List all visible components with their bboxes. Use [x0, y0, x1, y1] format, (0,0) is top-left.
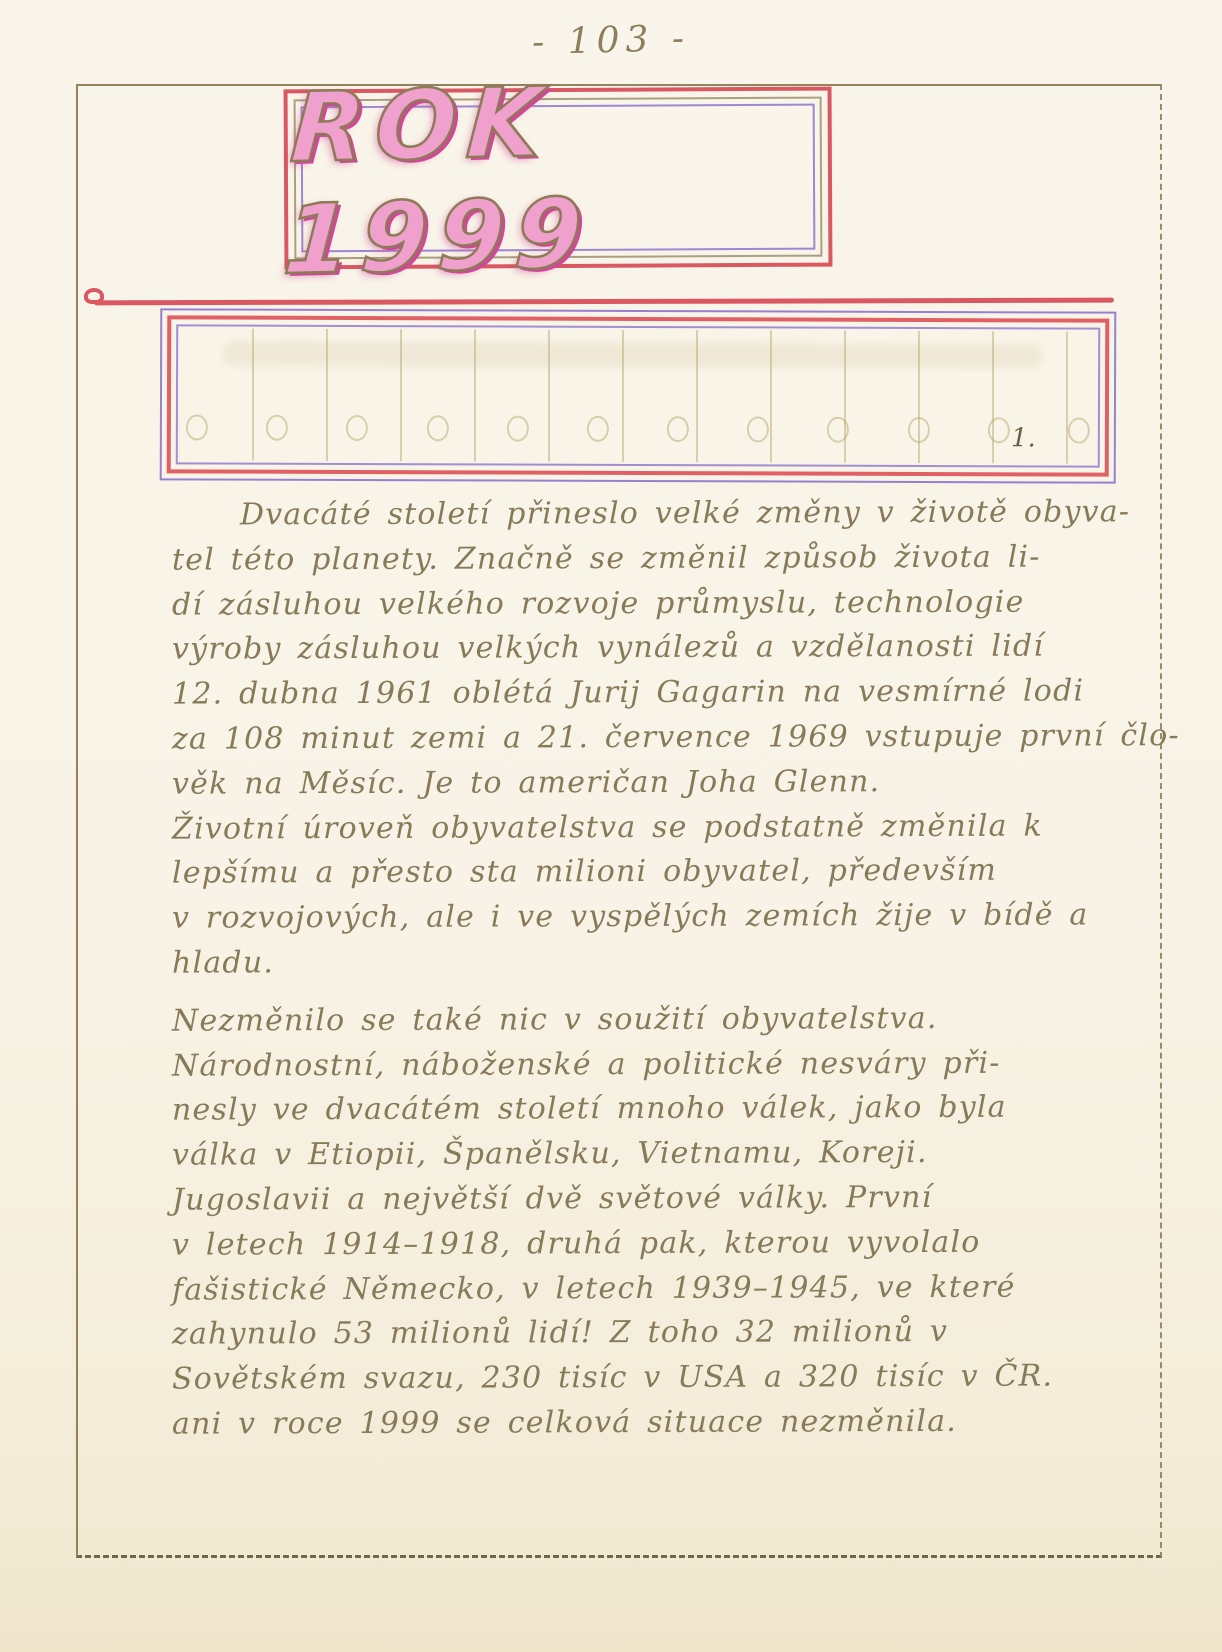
text-line: výroby zásluhou velkých vynálezů a vzděl…: [172, 625, 1107, 673]
text-line: hladu.: [172, 938, 1107, 986]
page-title: ROK 1999: [282, 86, 834, 270]
banner-erased-pencil-smudge: [222, 341, 1042, 370]
title-frame: ROK 1999: [284, 87, 833, 270]
text-line: dí zásluhou velkého rozvoje průmyslu, te…: [172, 580, 1107, 628]
text-line: Jugoslavii a největší dvě světové války.…: [172, 1175, 1107, 1223]
handwritten-text: Dvacáté století přineslo velké změny v ž…: [172, 492, 1107, 1446]
text-line: Sovětském svazu, 230 tisíc v USA a 320 t…: [172, 1355, 1107, 1403]
text-line: v rozvojových, ale i ve vyspělých zemích…: [172, 894, 1107, 942]
chronicle-page: - 103 - ROK 1999 1. Dvacáté století přin…: [0, 0, 1222, 1652]
text-line: lepšímu a přesto sta milioni obyvatel, p…: [172, 849, 1107, 897]
text-line: zahynulo 53 milionů lidí! Z toho 32 mili…: [172, 1310, 1107, 1358]
text-line: 12. dubna 1961 oblétá Jurij Gagarin na v…: [172, 670, 1107, 718]
text-line: nesly ve dvacátém století mnoho válek, j…: [172, 1086, 1107, 1134]
decorative-banner: 1.: [160, 308, 1117, 483]
text-line: ani v roce 1999 se celková situace nezmě…: [172, 1399, 1107, 1447]
text-line: Životní úroveň obyvatelstva se podstatně…: [172, 804, 1107, 852]
text-line: za 108 minut zemi a 21. července 1969 vs…: [172, 714, 1107, 762]
text-line: válka v Etiopii, Španělsku, Vietnamu, Ko…: [172, 1131, 1107, 1179]
banner-pencil-circles: [186, 414, 1090, 443]
text-line: fašistické Německo, v letech 1939–1945, …: [172, 1265, 1107, 1313]
text-line: v letech 1914–1918, druhá pak, kterou vy…: [172, 1220, 1107, 1268]
text-line: tel této planety. Značně se změnil způso…: [172, 535, 1107, 583]
banner-ink-mark: 1.: [1011, 423, 1036, 453]
text-line: Dvacáté století přineslo velké změny v ž…: [172, 490, 1107, 538]
text-line: Nezměnilo se také nic v soužití obyvatel…: [172, 996, 1107, 1044]
text-line: věk na Měsíc. Je to američan Joha Glenn.: [172, 759, 1107, 807]
text-line: Národnostní, náboženské a politické nesv…: [172, 1041, 1107, 1089]
